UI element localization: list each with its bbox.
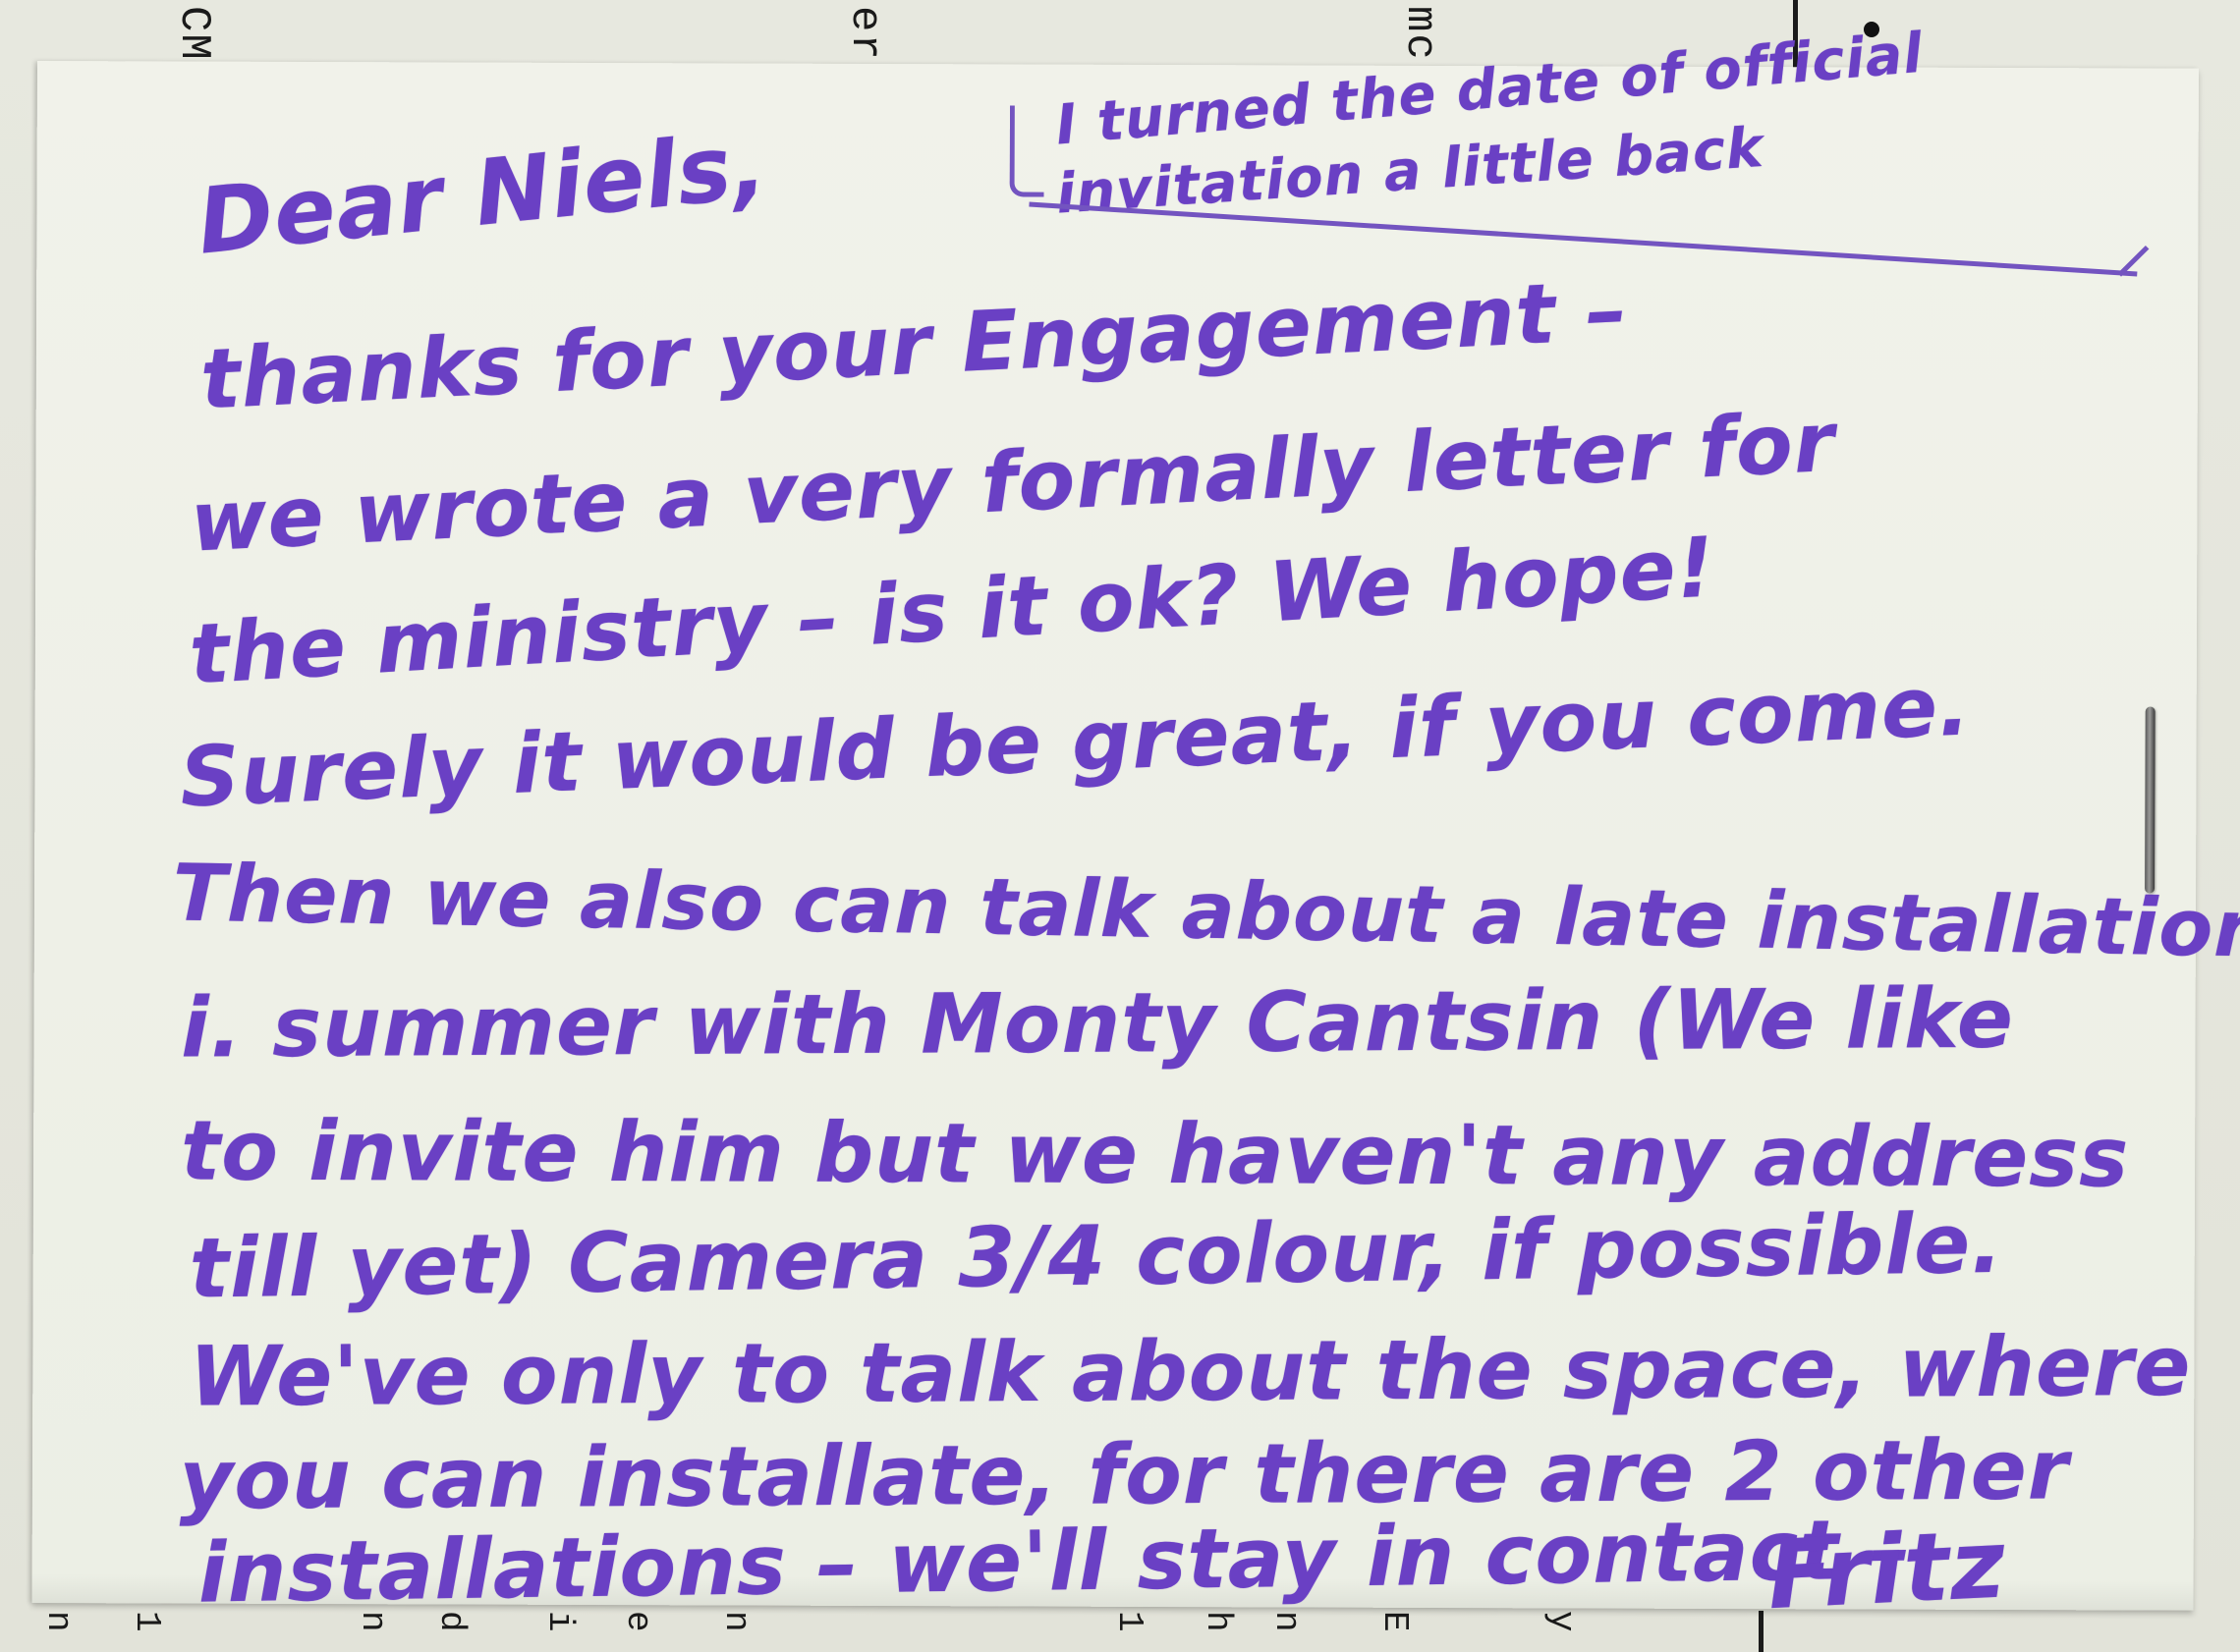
- note-bracket: [1010, 105, 1044, 196]
- typed-fragment: h: [1198, 1611, 1238, 1634]
- signature: Fritz: [1765, 1509, 2008, 1630]
- typed-fragment: E: [1374, 1611, 1415, 1634]
- typed-fragment: er: [840, 6, 889, 62]
- typed-fragment: y: [1541, 1611, 1582, 1634]
- staple-icon: [2145, 706, 2156, 893]
- letter-line: Then we also can talk about a late insta…: [172, 847, 2240, 974]
- letter-line: to invite him but we haven't any address: [181, 1103, 2129, 1206]
- letter-line: till yet) Camera 3/4 colour, if possible…: [189, 1195, 2004, 1317]
- handwritten-letter-card: I turned the date of official invitation…: [32, 61, 2199, 1611]
- typed-fragment: mc: [1395, 6, 1444, 62]
- typed-fragment: 1: [127, 1611, 167, 1634]
- typed-fragment: n: [38, 1611, 79, 1634]
- letter-line: We've only to talk about the space, wher…: [190, 1318, 2192, 1425]
- typed-fragment: n: [1266, 1611, 1307, 1634]
- typed-fragment: 1: [1109, 1611, 1149, 1634]
- typed-fragment: n: [716, 1611, 756, 1634]
- salutation: Dear Niels,: [193, 112, 771, 274]
- letter-line: i. summer with Monty Cantsin (We like: [181, 970, 2014, 1076]
- letter-line: thanks for your Engagement –: [198, 262, 1630, 428]
- typed-rule-line: [1759, 1611, 1764, 1652]
